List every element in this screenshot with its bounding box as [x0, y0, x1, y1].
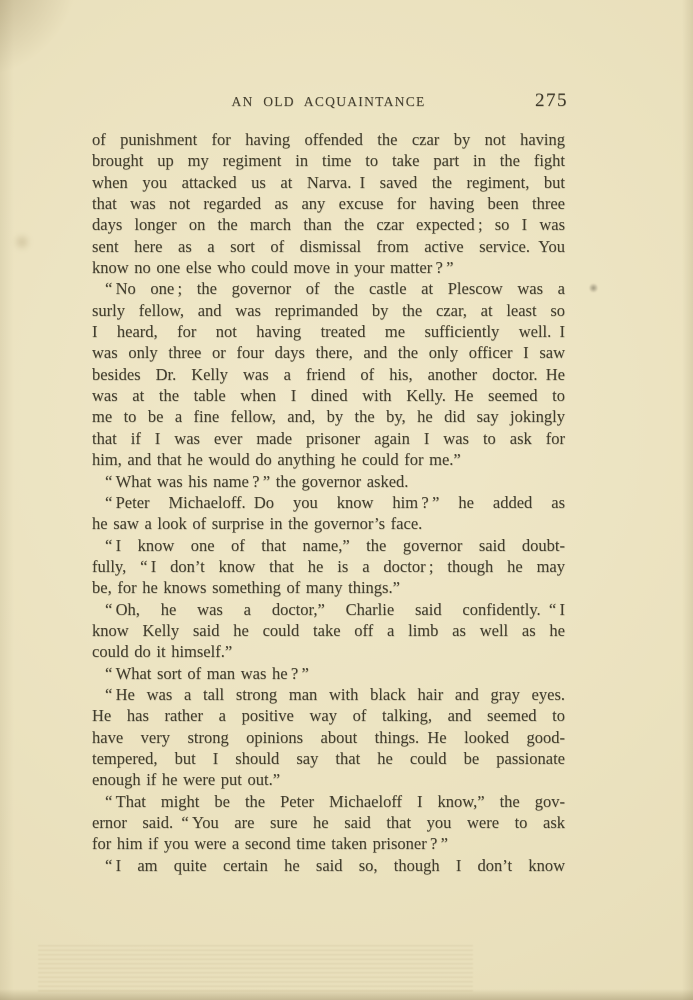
text-line: surly fellow, and was reprimanded by the…: [92, 300, 565, 321]
text-line: “ Peter Michaeloff. Do you know him ? ” …: [92, 492, 565, 513]
text-line: know Kelly said he could take off a limb…: [92, 620, 565, 641]
text-line: that if I was ever made prisoner again I…: [92, 428, 565, 449]
scan-artifact-lines: [38, 942, 473, 992]
text-line: him, and that he would do anything he co…: [92, 449, 565, 470]
text-line: He has rather a positive way of talking,…: [92, 705, 565, 726]
text-line: was only three or four days there, and t…: [92, 342, 565, 363]
text-line: “ What sort of man was he ? ”: [92, 663, 565, 684]
text-line: “ He was a tall strong man with black ha…: [92, 684, 565, 705]
paragraph: “ I am quite certain he said so, though …: [92, 855, 565, 876]
text-line: could do it himself.”: [92, 641, 565, 662]
text-line: when you attacked us at Narva. I saved t…: [92, 172, 565, 193]
paper-smudge: [249, 414, 261, 423]
text-line: tempered, but I should say that he could…: [92, 748, 565, 769]
paragraph: “ He was a tall strong man with black ha…: [92, 684, 565, 791]
text-line: ernor said. “ You are sure he said that …: [92, 812, 565, 833]
text-line: he saw a look of surprise in the governo…: [92, 513, 565, 534]
text-line: “ I am quite certain he said so, though …: [92, 855, 565, 876]
text-line: “ No one ; the governor of the castle at…: [92, 278, 565, 299]
text-line: me to be a fine fellow, and, by the by, …: [92, 406, 565, 427]
text-line: sent here as a sort of dismissal from ac…: [92, 236, 565, 257]
text-line: of punishment for having offended the cz…: [92, 129, 565, 150]
text-line: be, for he knows something of many thing…: [92, 577, 565, 598]
text-line: for him if you were a second time taken …: [92, 833, 565, 854]
ink-spot: [589, 283, 598, 293]
text-line: I heard, for not having treated me suffi…: [92, 321, 565, 342]
text-line: know no one else who could move in your …: [92, 257, 565, 278]
text-line: “ I know one of that name,” the governor…: [92, 535, 565, 556]
paragraph: “ Peter Michaeloff. Do you know him ? ” …: [92, 492, 565, 535]
page-number: 275: [535, 90, 568, 112]
text-line: “ Oh, he was a doctor,” Charlie said con…: [92, 599, 565, 620]
book-page: AN OLD ACQUAINTANCE 275 of punishment fo…: [0, 0, 693, 1000]
text-line: days longer on the march than the czar e…: [92, 214, 565, 235]
text-line: “ That might be the Peter Michaeloff I k…: [92, 791, 565, 812]
text-line: besides Dr. Kelly was a friend of his, a…: [92, 364, 565, 385]
paragraph: “ I know one of that name,” the governor…: [92, 535, 565, 599]
text-line: brought up my regiment in time to take p…: [92, 150, 565, 171]
paragraph: “ No one ; the governor of the castle at…: [92, 278, 565, 470]
text-line: was at the table when I dined with Kelly…: [92, 385, 565, 406]
page-body: of punishment for having offended the cz…: [92, 129, 565, 876]
text-line: fully, “ I don’t know that he is a docto…: [92, 556, 565, 577]
text-line: enough if he were put out.”: [92, 769, 565, 790]
running-header: AN OLD ACQUAINTANCE 275: [92, 94, 565, 116]
paragraph: “ Oh, he was a doctor,” Charlie said con…: [92, 599, 565, 663]
chapter-title: AN OLD ACQUAINTANCE: [92, 94, 565, 110]
paragraph: “ What sort of man was he ? ”: [92, 663, 565, 684]
paragraph: “ What was his name ? ” the governor ask…: [92, 471, 565, 492]
paragraph: “ That might be the Peter Michaeloff I k…: [92, 791, 565, 855]
text-line: “ What was his name ? ” the governor ask…: [92, 471, 565, 492]
paragraph: of punishment for having offended the cz…: [92, 129, 565, 278]
text-line: have very strong opinions about things. …: [92, 727, 565, 748]
text-line: that was not regarded as any excuse for …: [92, 193, 565, 214]
paper-smudge: [13, 233, 31, 251]
